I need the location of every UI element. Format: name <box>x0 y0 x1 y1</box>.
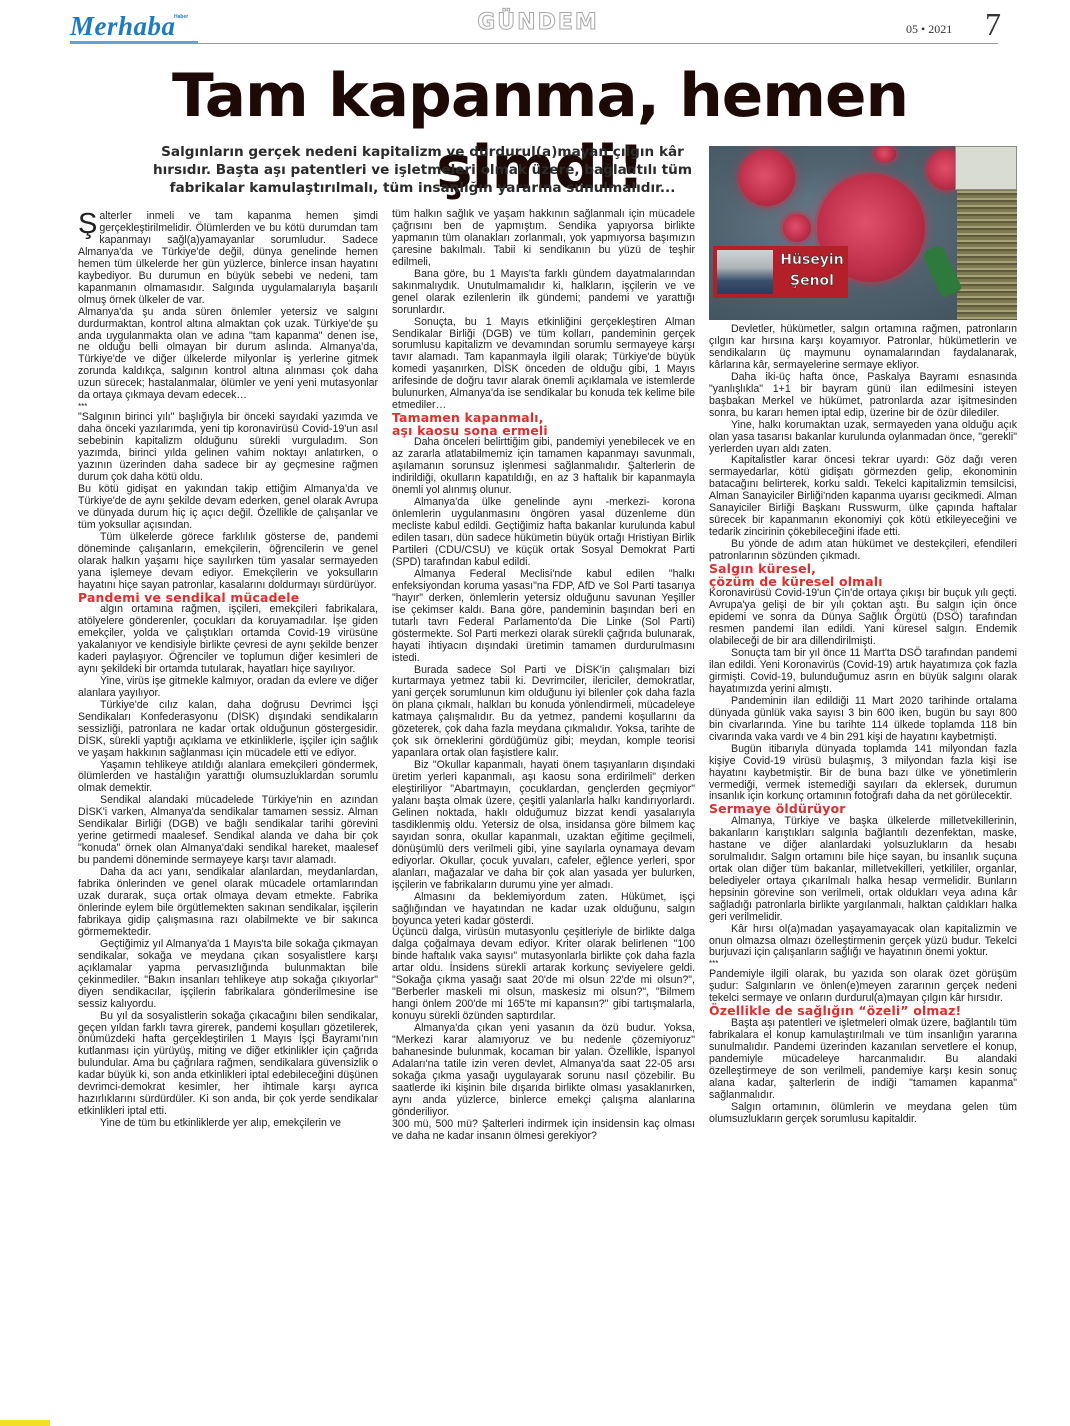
paragraph: Kâr hırsı ol(a)madan yaşayamayacak olan … <box>709 924 1017 960</box>
author-byline: Hüseyin Şenol <box>713 246 848 298</box>
dollar-bill-graphic <box>955 146 1017 190</box>
paragraph: Pandemiyle ilgili olarak, bu yazıda son … <box>709 969 1017 1005</box>
paragraph: Üçüncü dalga, virüsün mutasyonlu çeşitle… <box>392 927 695 1023</box>
virus-graphic-icon <box>739 150 795 206</box>
virus-graphic-icon <box>783 214 811 242</box>
paragraph: algın ortamına rağmen, işçileri, emekçil… <box>78 604 378 676</box>
paragraph: Yaşamın tehlikeye atıldığı alanlara emek… <box>78 760 378 796</box>
paragraph: Yine de tüm bu etkinliklerde yer alıp, e… <box>78 1118 378 1130</box>
paragraph: Bu yıl da sosyalistlerin sokağa çıkacağı… <box>78 1011 378 1119</box>
paragraph: Bu yönde de adım atan hükümet ve destekç… <box>709 539 1017 563</box>
paragraph: Yine, virüs işe gitmekle kalmıyor, orada… <box>78 676 378 700</box>
paragraph: Almanya'da çıkan yeni yasanın da özü bud… <box>392 1023 695 1119</box>
author-name: Hüseyin Şenol <box>777 250 847 292</box>
paragraph: Geçtiğimiz yıl Almanya'da 1 Mayıs'ta bil… <box>78 939 378 1011</box>
paragraph: Almanya'da şu anda süren önlemler yeters… <box>78 307 378 403</box>
article-column-3: Devletler, hükümetler, salgın ortamına r… <box>709 324 1017 1125</box>
paragraph: Daha önceleri belirttiğim gibi, pandemiy… <box>392 437 695 497</box>
paragraph: Daha iki-üç hafta önce, Paskalya Bayramı… <box>709 372 1017 420</box>
section-title: GÜNDEM <box>448 10 628 35</box>
paragraph: Koronavirüsü Covid-19'un Çin'de ortaya ç… <box>709 588 1017 648</box>
paragraph: Salgın ortamının, ölümlerin ve meydana g… <box>709 1102 1017 1126</box>
article-column-2: tüm halkın sağlık ve yaşam hakkının sağl… <box>392 209 695 1143</box>
paragraph: Sendikal alandaki mücadelede Türkiye'nin… <box>78 795 378 867</box>
header-divider <box>102 43 998 44</box>
issue-date: 05 • 2021 <box>906 22 952 37</box>
paragraph: Tüm ülkelerde görece farklılık gösterse … <box>78 532 378 592</box>
article-lead: Salgınların gerçek nedeni kapitalizm ve … <box>140 143 705 197</box>
paragraph: Yine, halkı korumaktan uzak, sermayeden … <box>709 420 1017 456</box>
paragraph: Devletler, hükümetler, salgın ortamına r… <box>709 324 1017 372</box>
article-image: Hüseyin Şenol <box>709 146 1017 320</box>
paragraph: 300 mü, 500 mü? Şalterleri indirmek için… <box>392 1119 695 1143</box>
paragraph: Daha da acı yanı, sendikalar alanlardan,… <box>78 867 378 939</box>
paragraph: Bu kötü gidişat en yakından takip ettiği… <box>78 484 378 532</box>
logo-text: Merhaba <box>70 11 176 41</box>
drop-cap: Ş <box>78 212 97 236</box>
newspaper-logo[interactable]: Merhaba Haber <box>70 12 210 46</box>
subheading: Tamamen kapanmalı,aşı kaosu sona ermeli <box>392 412 695 437</box>
paragraph: "Salgının birinci yılı" başlığıyla bir ö… <box>78 412 378 484</box>
paragraph: Almanya Federal Meclisi'nde kabul edilen… <box>392 569 695 665</box>
paragraph: Pandeminin ilan edildiği 11 Mart 2020 ta… <box>709 696 1017 744</box>
subheading: Salgın küresel,çözüm de küresel olmalı <box>709 563 1017 588</box>
paragraph: Biz "Okullar kapanmalı, hayati önem taşı… <box>392 760 695 891</box>
masthead: Merhaba Haber GÜNDEM 05 • 2021 7 <box>0 0 1070 48</box>
subheading: Özellikle de sağlığın “özeli” olmaz! <box>709 1005 1017 1018</box>
paragraph: Almasını da beklemiyordum zaten. Hükümet… <box>392 892 695 928</box>
paragraph: Burada sadece Sol Parti ve DİSK'in çalış… <box>392 665 695 761</box>
paragraph: Türkiye'de cılız kalan, daha doğrusu Dev… <box>78 700 378 760</box>
page-corner-mark <box>0 1420 50 1426</box>
paragraph: Almanya, Türkiye ve başka ülkelerde mill… <box>709 816 1017 924</box>
paragraph: Sonuçta tam bir yıl önce 11 Mart'ta DSÖ … <box>709 648 1017 696</box>
page-number: 7 <box>985 8 1001 40</box>
author-last-name: Şenol <box>777 271 847 292</box>
paragraph: Başta aşı patentleri ve işletmeleri olma… <box>709 1018 1017 1102</box>
paragraph: tüm halkın sağlık ve yaşam hakkının sağl… <box>392 209 695 269</box>
article-column-1: Şalterler inmeli ve tam kapanma hemen şi… <box>78 211 378 1130</box>
paragraph: Almanya'da ülke genelinde aynı -merkezi-… <box>392 497 695 569</box>
logo-subtitle: Haber <box>174 14 188 20</box>
paragraph: Şalterler inmeli ve tam kapanma hemen şi… <box>78 211 378 307</box>
paragraph: Sonuçta, bu 1 Mayıs etkinliğini gerçekle… <box>392 317 695 413</box>
author-first-name: Hüseyin <box>777 250 847 271</box>
paragraph: Bana göre, bu 1 Mayıs'ta farklı gündem d… <box>392 269 695 317</box>
paragraph: Kapitalistler karar öncesi tekrar uyardı… <box>709 455 1017 539</box>
author-avatar <box>717 250 773 294</box>
paragraph: Bugün itibarıyla dünyada toplamda 141 mi… <box>709 744 1017 804</box>
virus-graphic-icon <box>874 146 896 162</box>
